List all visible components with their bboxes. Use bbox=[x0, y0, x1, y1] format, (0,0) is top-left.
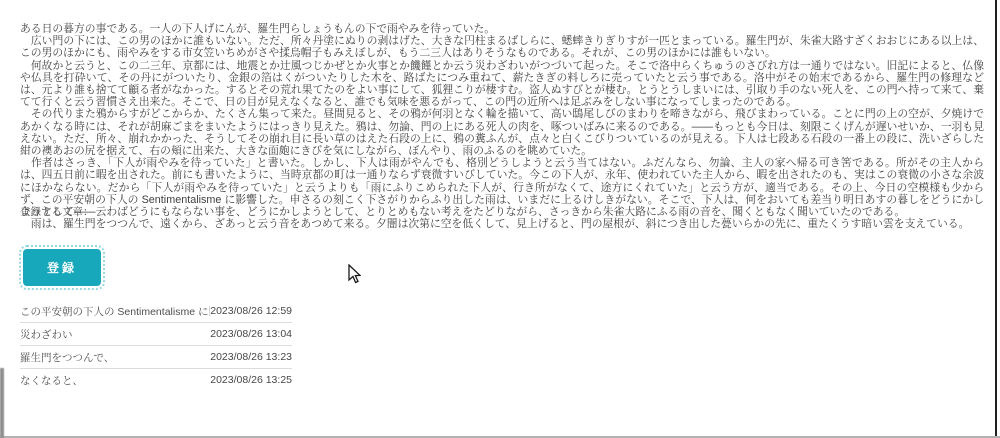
history-row[interactable]: なくなると、 2023/08/26 13:25 bbox=[20, 369, 292, 391]
history-row[interactable]: 羅生門をつつんで、 2023/08/26 13:23 bbox=[20, 346, 292, 369]
screen-edge-artifact bbox=[0, 368, 4, 438]
document-paragraph: ある日の暮方の事である。一人の下人げにんが、羅生門らしょうもんの下で雨やみを待っ… bbox=[20, 23, 984, 35]
history-table: この平安朝の下人の Sentimentalisme に影響した 2023/08/… bbox=[20, 300, 292, 391]
register-form-label: 登録する文章： bbox=[20, 204, 94, 219]
mouse-cursor-icon bbox=[347, 264, 361, 284]
history-row-timestamp: 2023/08/26 12:59 bbox=[210, 305, 292, 317]
history-row-timestamp: 2023/08/26 13:23 bbox=[210, 351, 292, 363]
source-document[interactable]: ある日の暮方の事である。一人の下人げにんが、羅生門らしょうもんの下で雨やみを待っ… bbox=[20, 23, 984, 230]
document-paragraph: 何故かと云うと、この二三年、京都には、地震とか辻風つじかぜとか火事とか饑饉とか云… bbox=[20, 60, 984, 109]
document-paragraph: その代りまた鴉からすがどこからか、たくさん集って来た。昼間見ると、その鴉が何羽と… bbox=[20, 108, 984, 157]
history-row[interactable]: この平安朝の下人の Sentimentalisme に影響した 2023/08/… bbox=[20, 300, 292, 323]
document-paragraph: 広い門の下には、この男のほかに誰もいない。ただ、所々丹塗にぬりの剥はげた、大きな… bbox=[20, 35, 984, 59]
history-row[interactable]: 災わざわい 2023/08/26 13:04 bbox=[20, 323, 292, 346]
register-button[interactable]: 登録 bbox=[23, 249, 101, 286]
history-row-text: 羅生門をつつんで、 bbox=[20, 350, 210, 365]
history-row-text: 災わざわい bbox=[20, 327, 210, 342]
history-row-timestamp: 2023/08/26 13:25 bbox=[210, 374, 292, 386]
app-page: ある日の暮方の事である。一人の下人げにんが、羅生門らしょうもんの下で雨やみを待っ… bbox=[0, 0, 1000, 438]
history-row-text: この平安朝の下人の Sentimentalisme に影響した bbox=[20, 304, 210, 319]
screen-edge-artifact bbox=[995, 0, 997, 438]
history-row-timestamp: 2023/08/26 13:04 bbox=[210, 328, 292, 340]
history-row-text: なくなると、 bbox=[20, 373, 210, 388]
document-paragraph: 作者はさっき、「下人が雨やみを待っていた」と書いた。しかし、下人は雨がやんでも、… bbox=[20, 157, 984, 218]
document-paragraph: 雨は、羅生門をつつんで、遠くから、ざあっと云う音をあつめて来る。夕闇は次第に空を… bbox=[20, 218, 984, 230]
